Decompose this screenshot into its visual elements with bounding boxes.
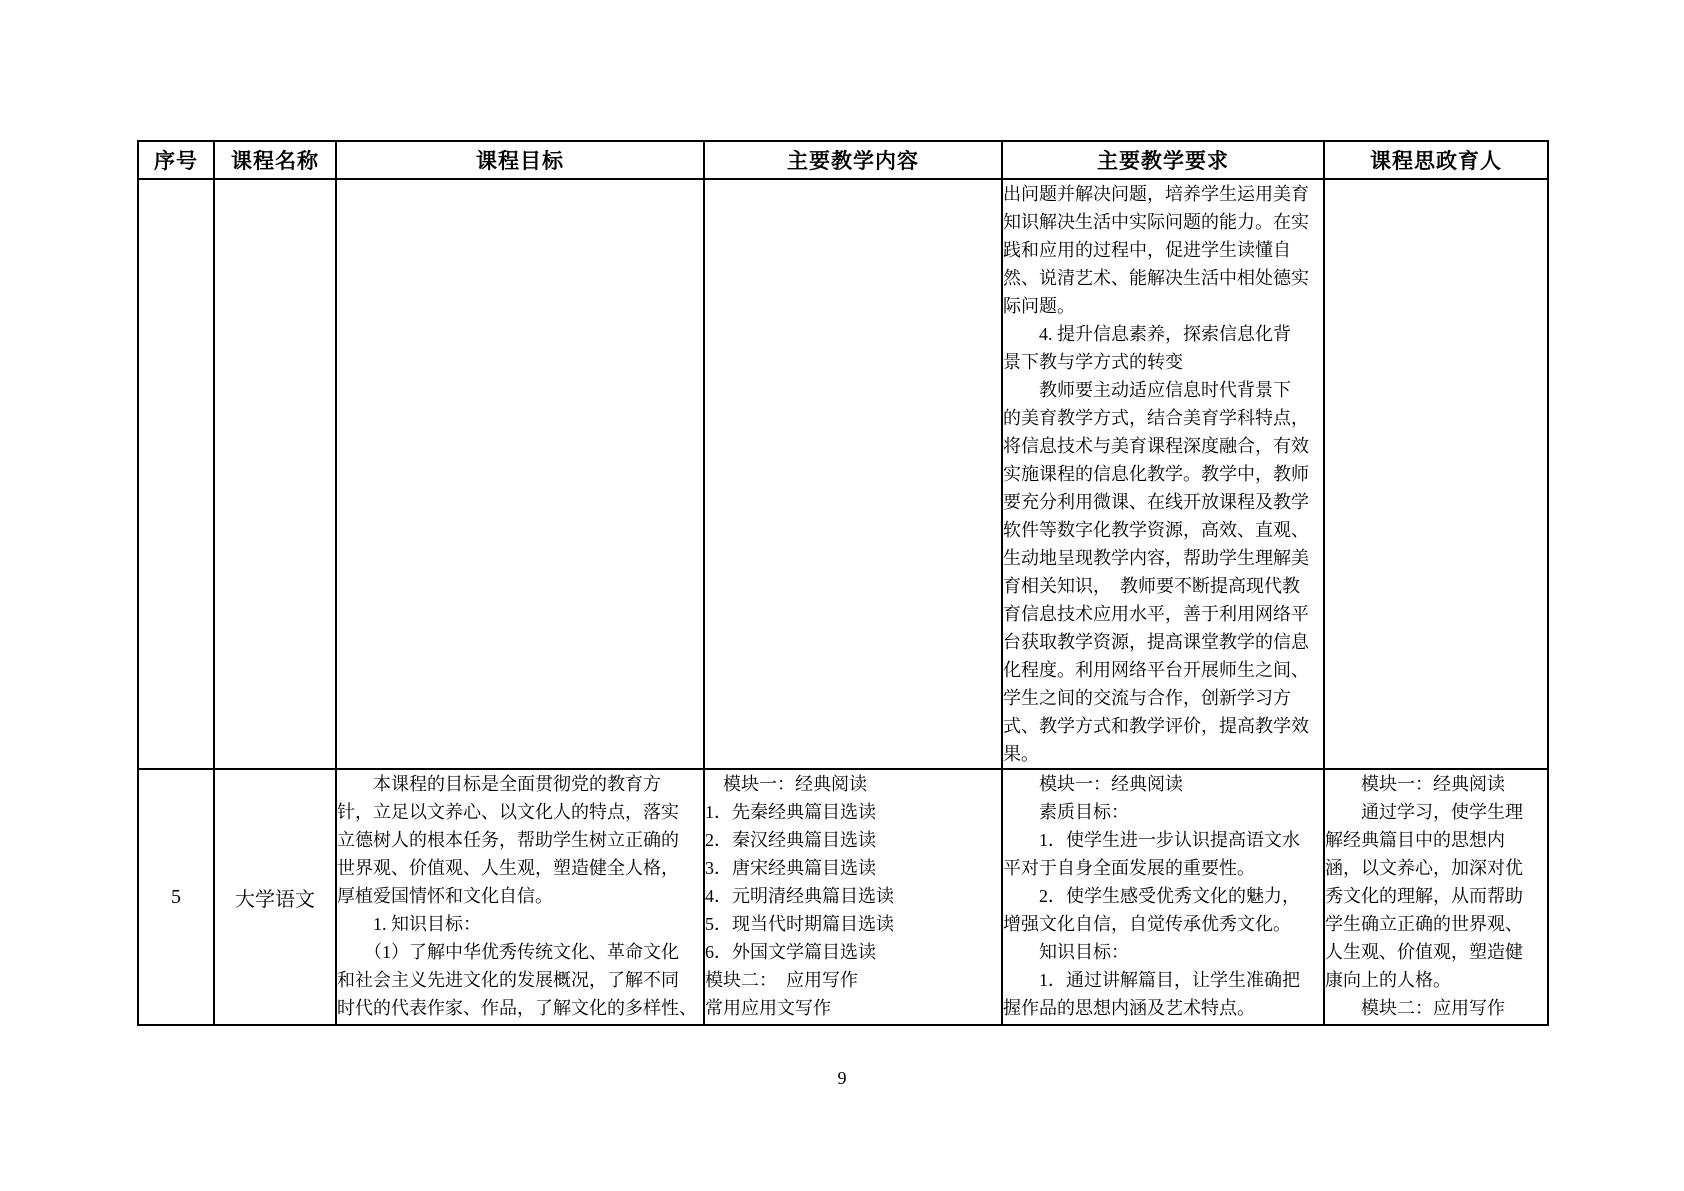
text-line: 出问题并解决问题，培养学生运用美育: [1003, 180, 1323, 208]
text-line: 握作品的思想内涵及艺术特点。: [1003, 994, 1323, 1022]
text-line: 1．通过讲解篇目，让学生准确把: [1003, 966, 1323, 994]
document-page: 序号 课程名称 课程目标 主要教学内容 主要教学要求 课程思政育人 出问题并解决…: [0, 0, 1684, 1191]
cell-seq: [138, 179, 214, 769]
text-line: 教师要主动适应信息时代背景下: [1003, 376, 1323, 404]
text-line: 将信息技术与美育课程深度融合，有效: [1003, 432, 1323, 460]
text-line: 的美育教学方式，结合美育学科特点，: [1003, 404, 1323, 432]
text-line: 模块二： 应用写作: [705, 966, 1001, 994]
text-line: 知识解决生活中实际问题的能力。在实: [1003, 208, 1323, 236]
text-line: 厚植爱国情怀和文化自信。: [337, 882, 703, 910]
text-line: 际问题。: [1003, 292, 1323, 320]
text-line: 1. 知识目标：: [337, 910, 703, 938]
cell-ideology-education: [1324, 179, 1548, 769]
text-line: 知识目标：: [1003, 938, 1323, 966]
header-teaching-content: 主要教学内容: [704, 141, 1002, 179]
text-line: 立德树人的根本任务，帮助学生树立正确的: [337, 826, 703, 854]
text-line: 化程度。利用网络平台开展师生之间、: [1003, 656, 1323, 684]
text-line: 模块一：经典阅读: [705, 770, 1001, 798]
cell-seq: 5: [138, 769, 214, 1025]
objectives-text: 本课程的目标是全面贯彻党的教育方针，立足以文养心、以文化人的特点，落实立德树人的…: [337, 770, 703, 1022]
text-line: 学生确立正确的世界观、: [1325, 910, 1547, 938]
text-line: 实施课程的信息化教学。教学中，教师: [1003, 460, 1323, 488]
text-line: 解经典篇目中的思想内: [1325, 826, 1547, 854]
text-line: 增强文化自信，自觉传承优秀文化。: [1003, 910, 1323, 938]
text-line: 2．秦汉经典篇目选读: [705, 826, 1001, 854]
cell-teaching-content: 模块一：经典阅读1．先秦经典篇目选读2．秦汉经典篇目选读3．唐宋经典篇目选读4．…: [704, 769, 1002, 1025]
text-line: 软件等数字化教学资源，高效、直观、: [1003, 516, 1323, 544]
cell-teaching-requirements: 出问题并解决问题，培养学生运用美育知识解决生活中实际问题的能力。在实践和应用的过…: [1002, 179, 1324, 769]
text-line: 1．使学生进一步认识提高语文水: [1003, 826, 1323, 854]
cell-course-name: [214, 179, 336, 769]
text-line: 景下教与学方式的转变: [1003, 348, 1323, 376]
text-line: 3．唐宋经典篇目选读: [705, 854, 1001, 882]
text-line: 式、教学方式和教学评价，提高教学效: [1003, 712, 1323, 740]
text-line: 果。: [1003, 740, 1323, 768]
text-line: 台获取教学资源，提高课堂教学的信息: [1003, 628, 1323, 656]
text-line: 要充分利用微课、在线开放课程及教学: [1003, 488, 1323, 516]
text-line: 针，立足以文养心、以文化人的特点，落实: [337, 798, 703, 826]
text-line: 生动地呈现教学内容，帮助学生理解美: [1003, 544, 1323, 572]
text-line: 模块一：经典阅读: [1325, 770, 1547, 798]
text-line: 模块一：经典阅读: [1003, 770, 1323, 798]
text-line: 康向上的人格。: [1325, 966, 1547, 994]
cell-teaching-requirements: 模块一：经典阅读 素质目标： 1．使学生进一步认识提高语文水平对于自身全面发展的…: [1002, 769, 1324, 1025]
teaching-content-text: 模块一：经典阅读1．先秦经典篇目选读2．秦汉经典篇目选读3．唐宋经典篇目选读4．…: [705, 770, 1001, 1022]
text-line: 6．外国文学篇目选读: [705, 938, 1001, 966]
text-line: 育相关知识， 教师要不断提高现代教: [1003, 572, 1323, 600]
cell-teaching-content: [704, 179, 1002, 769]
text-line: 常用应用文写作: [705, 994, 1001, 1022]
text-line: 时代的代表作家、作品，了解文化的多样性、: [337, 994, 703, 1022]
text-line: 本课程的目标是全面贯彻党的教育方: [337, 770, 703, 798]
text-line: 学生之间的交流与合作，创新学习方: [1003, 684, 1323, 712]
text-line: 素质目标：: [1003, 798, 1323, 826]
text-line: 育信息技术应用水平，善于利用网络平: [1003, 600, 1323, 628]
text-line: 1．先秦经典篇目选读: [705, 798, 1001, 826]
header-ideology-education: 课程思政育人: [1324, 141, 1548, 179]
text-line: 涵，以文养心，加深对优: [1325, 854, 1547, 882]
text-line: 通过学习，使学生理: [1325, 798, 1547, 826]
header-course-objectives: 课程目标: [336, 141, 704, 179]
text-line: 然、说清艺术、能解决生活中相处德实: [1003, 264, 1323, 292]
text-line: 世界观、价值观、人生观，塑造健全人格，: [337, 854, 703, 882]
text-line: 5．现当代时期篇目选读: [705, 910, 1001, 938]
table-header-row: 序号 课程名称 课程目标 主要教学内容 主要教学要求 课程思政育人: [138, 141, 1548, 179]
text-line: 2．使学生感受优秀文化的魅力，: [1003, 882, 1323, 910]
header-seq: 序号: [138, 141, 214, 179]
cell-course-name: 大学语文: [214, 769, 336, 1025]
table-row-continuation: 出问题并解决问题，培养学生运用美育知识解决生活中实际问题的能力。在实践和应用的过…: [138, 179, 1548, 769]
text-line: 4．元明清经典篇目选读: [705, 882, 1001, 910]
text-line: 人生观、价值观，塑造健: [1325, 938, 1547, 966]
text-line: 模块二：应用写作: [1325, 994, 1547, 1022]
ideology-education-text: 模块一：经典阅读 通过学习，使学生理解经典篇目中的思想内涵，以文养心，加深对优秀…: [1325, 770, 1547, 1022]
teaching-requirements-text: 出问题并解决问题，培养学生运用美育知识解决生活中实际问题的能力。在实践和应用的过…: [1003, 180, 1323, 768]
text-line: 践和应用的过程中，促进学生读懂自: [1003, 236, 1323, 264]
table-row-course-5: 5 大学语文 本课程的目标是全面贯彻党的教育方针，立足以文养心、以文化人的特点，…: [138, 769, 1548, 1025]
course-table: 序号 课程名称 课程目标 主要教学内容 主要教学要求 课程思政育人 出问题并解决…: [137, 140, 1549, 1026]
cell-course-objectives: 本课程的目标是全面贯彻党的教育方针，立足以文养心、以文化人的特点，落实立德树人的…: [336, 769, 704, 1025]
cell-course-objectives: [336, 179, 704, 769]
teaching-requirements-text: 模块一：经典阅读 素质目标： 1．使学生进一步认识提高语文水平对于自身全面发展的…: [1003, 770, 1323, 1022]
text-line: （1）了解中华优秀传统文化、革命文化: [337, 938, 703, 966]
cell-ideology-education: 模块一：经典阅读 通过学习，使学生理解经典篇目中的思想内涵，以文养心，加深对优秀…: [1324, 769, 1548, 1025]
text-line: 4. 提升信息素养，探索信息化背: [1003, 320, 1323, 348]
text-line: 秀文化的理解，从而帮助: [1325, 882, 1547, 910]
text-line: 和社会主义先进文化的发展概况，了解不同: [337, 966, 703, 994]
header-course-name: 课程名称: [214, 141, 336, 179]
header-teaching-requirements: 主要教学要求: [1002, 141, 1324, 179]
page-number: 9: [0, 1068, 1684, 1089]
text-line: 平对于自身全面发展的重要性。: [1003, 854, 1323, 882]
